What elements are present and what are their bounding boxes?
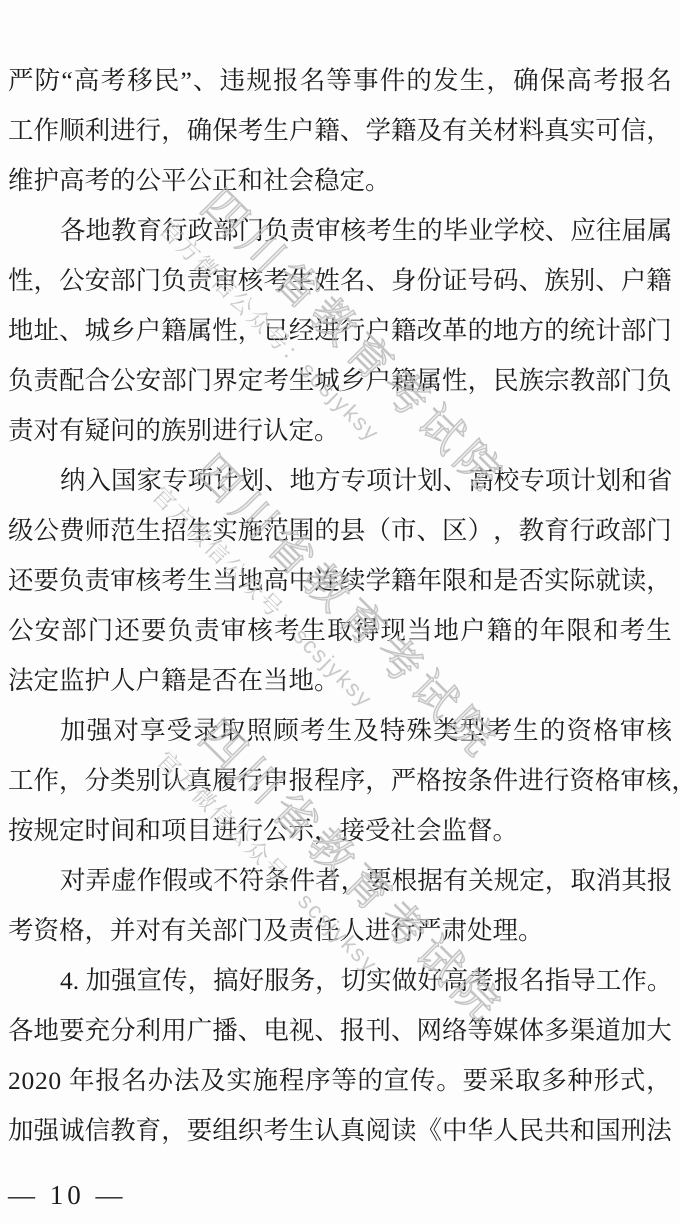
text-line: 按规定时间和项目进行公示，接受社会监督。 — [8, 810, 672, 860]
text-line: 4. 加强宣传，搞好服务，切实做好高考报名指导工作。 — [8, 960, 672, 1010]
text-line: 性，公安部门负责审核考生姓名、身份证号码、族别、户籍 — [8, 260, 672, 310]
text-line: 公安部门还要负责审核考生取得现当地户籍的年限和考生 — [8, 610, 672, 660]
document-page: 严防“高考移民”、违规报名等事件的发生，确保高考报名工作顺利进行，确保考生户籍、… — [0, 0, 680, 1223]
text-line: 地址、城乡户籍属性，已经进行户籍改革的地方的统计部门 — [8, 310, 672, 360]
text-line: 考资格，并对有关部门及责任人进行严肃处理。 — [8, 910, 672, 960]
text-line: 纳入国家专项计划、地方专项计划、高校专项计划和省 — [8, 460, 672, 510]
text-line: 法定监护人户籍是否在当地。 — [8, 660, 672, 710]
text-line: 2020 年报名办法及实施程序等的宣传。要采取多种形式， — [8, 1060, 672, 1110]
text-line: 工作，分类别认真履行申报程序，严格按条件进行资格审核， — [8, 760, 672, 810]
text-line: 加强诚信教育，要组织考生认真阅读《中华人民共和国刑法 — [8, 1110, 672, 1160]
page-number: — 10 — — [8, 1180, 127, 1211]
text-line: 加强对享受录取照顾考生及特殊类型考生的资格审核 — [8, 710, 672, 760]
text-line: 严防“高考移民”、违规报名等事件的发生，确保高考报名 — [8, 60, 672, 110]
text-line: 各地要充分利用广播、电视、报刊、网络等媒体多渠道加大 — [8, 1010, 672, 1060]
text-line: 对弄虚作假或不符条件者，要根据有关规定，取消其报 — [8, 860, 672, 910]
text-line: 还要负责审核考生当地高中连续学籍年限和是否实际就读， — [8, 560, 672, 610]
text-line: 负责配合公安部门界定考生城乡户籍属性，民族宗教部门负 — [8, 360, 672, 410]
text-line: 工作顺利进行，确保考生户籍、学籍及有关材料真实可信， — [8, 110, 672, 160]
text-line: 维护高考的公平公正和社会稳定。 — [8, 160, 672, 210]
text-line: 各地教育行政部门负责审核考生的毕业学校、应往届属 — [8, 210, 672, 260]
text-line: 责对有疑问的族别进行认定。 — [8, 410, 672, 460]
document-body: 严防“高考移民”、违规报名等事件的发生，确保高考报名工作顺利进行，确保考生户籍、… — [8, 60, 672, 1160]
text-line: 级公费师范生招生实施范围的县（市、区），教育行政部门 — [8, 510, 672, 560]
